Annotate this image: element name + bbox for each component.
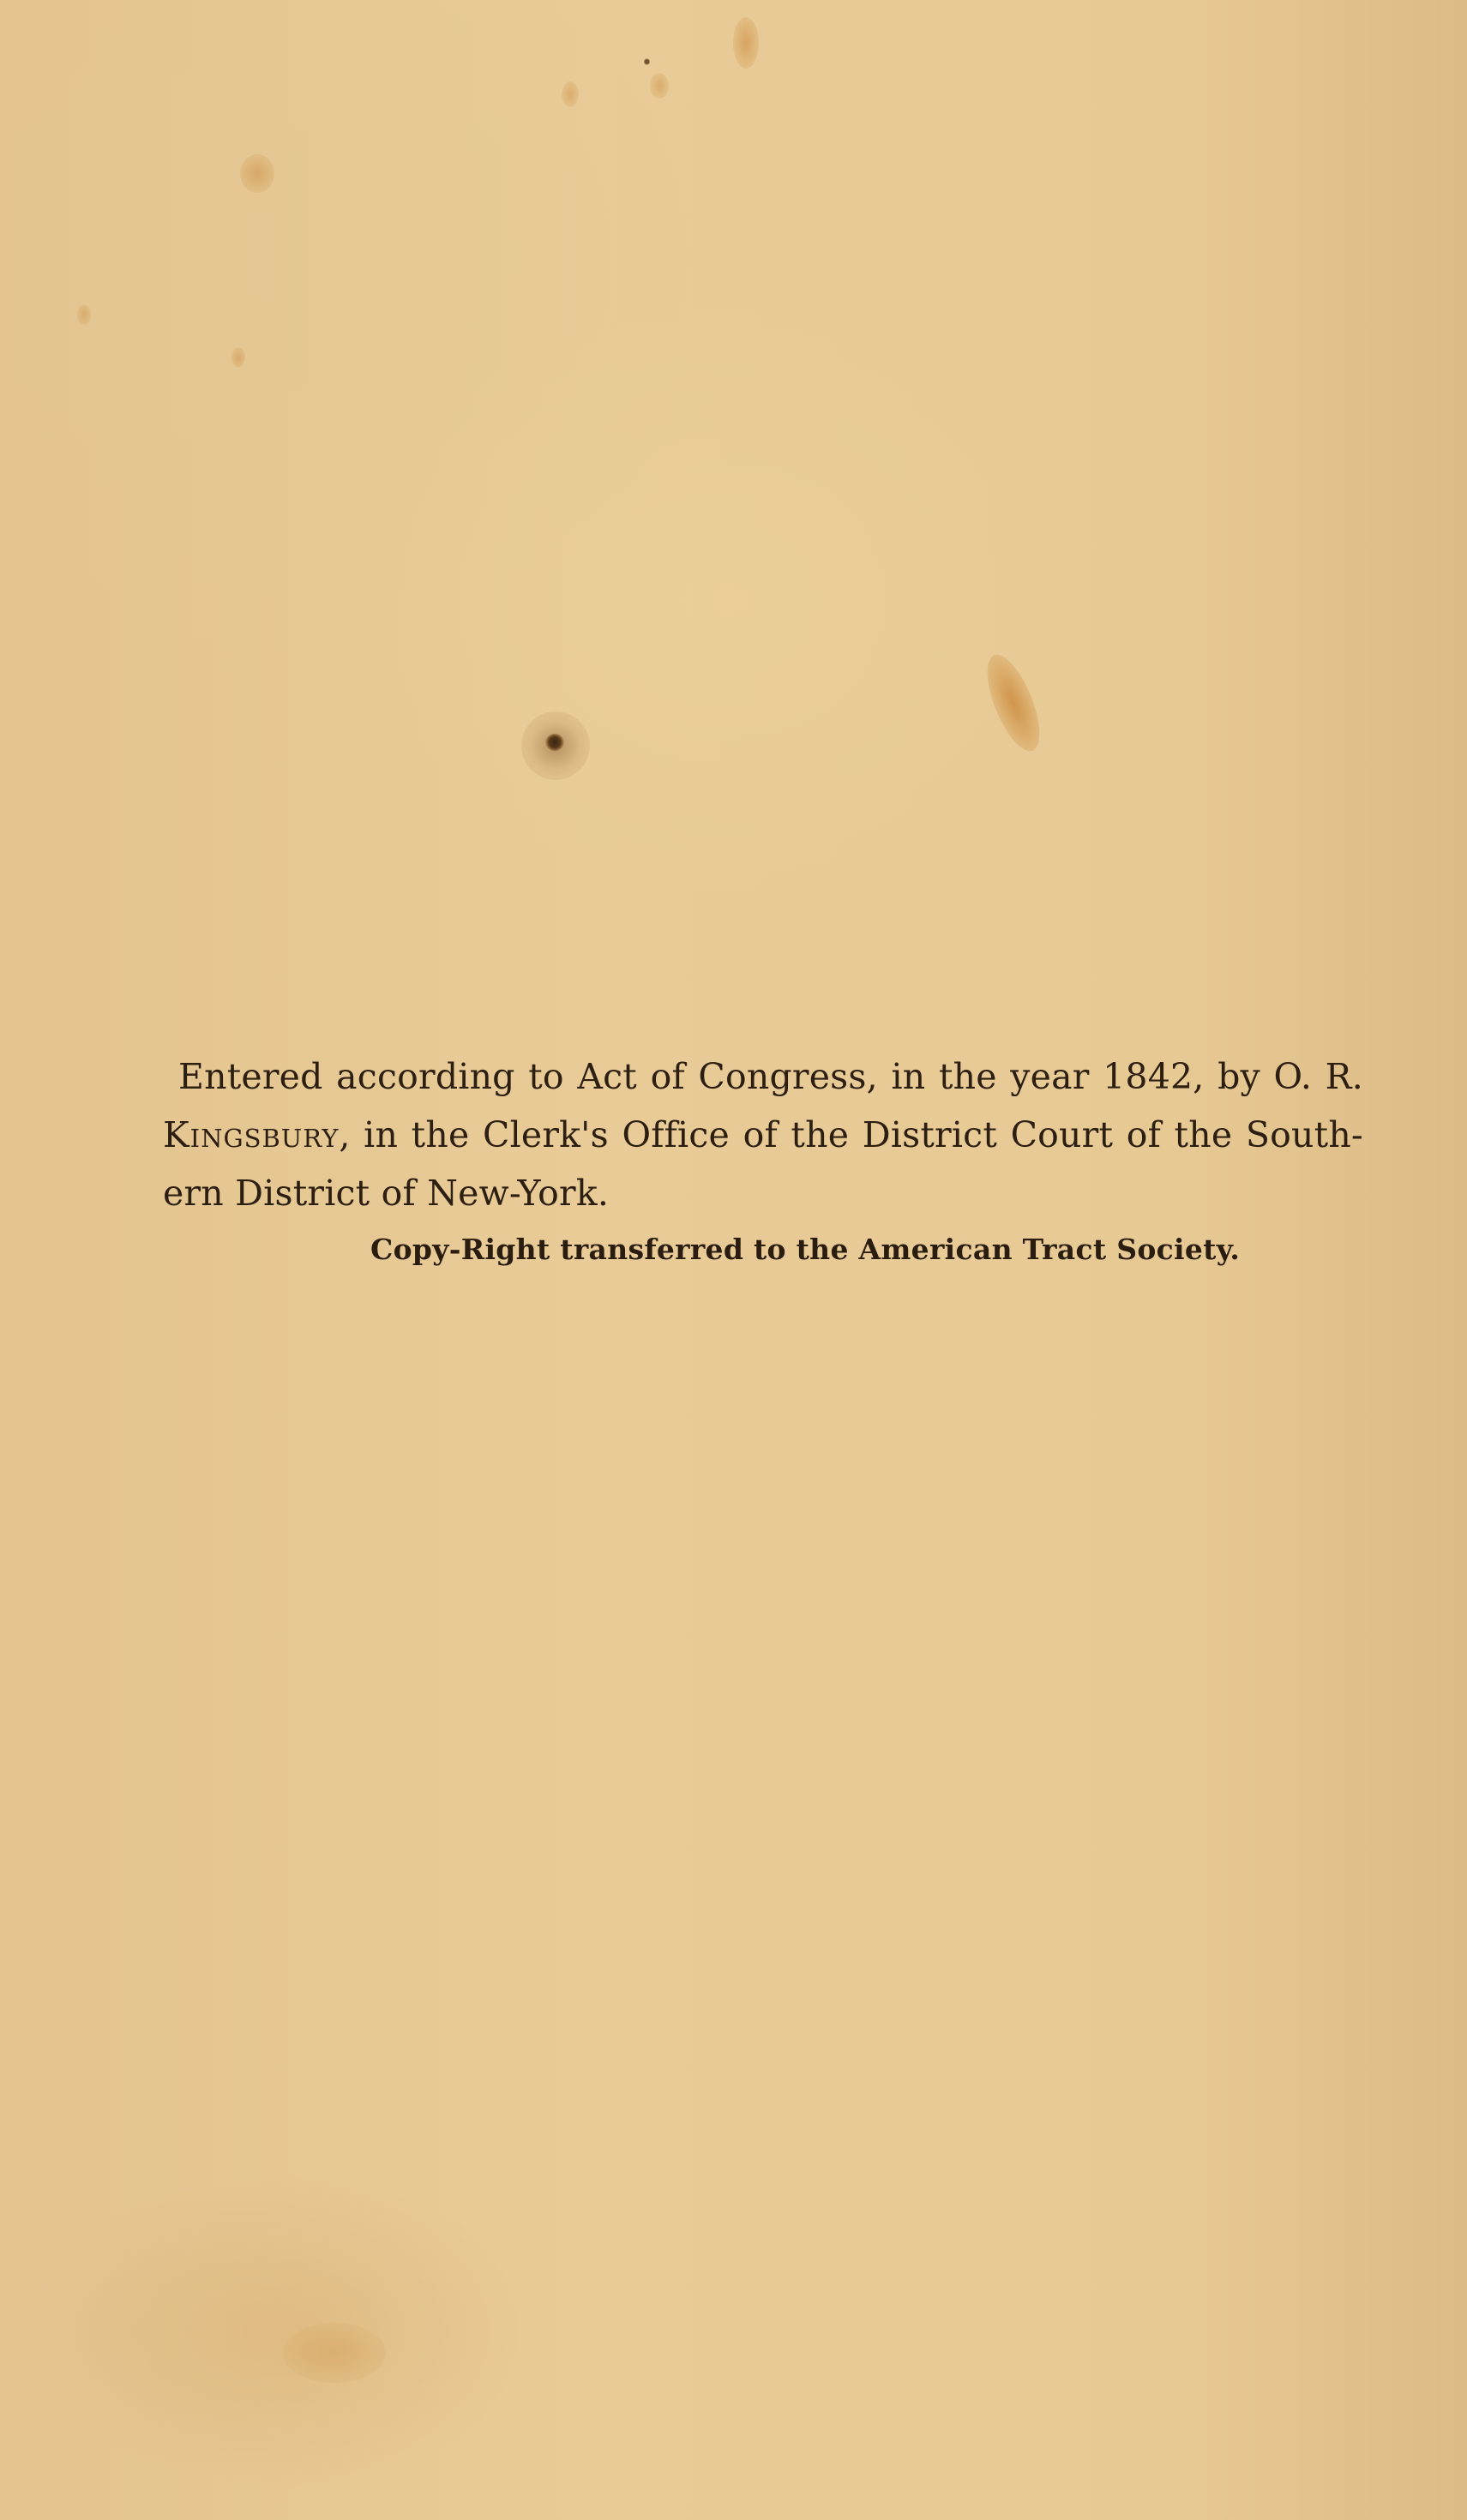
copyright-text-block: Entered according to Act of Congress, in… bbox=[163, 1047, 1363, 1272]
copyright-transfer-note: Copy-Right transferred to the American T… bbox=[163, 1227, 1363, 1272]
foxing-spot bbox=[733, 17, 759, 69]
speck bbox=[644, 58, 650, 65]
foxing-spot bbox=[240, 154, 274, 193]
foxing-spot bbox=[650, 73, 669, 99]
foxing-spot bbox=[562, 81, 579, 107]
ink-blot bbox=[545, 734, 564, 751]
author-name-smallcaps: Kingsbury bbox=[163, 1114, 339, 1155]
rust-streak-stain bbox=[977, 648, 1050, 758]
foxing-spot bbox=[283, 2323, 386, 2383]
scanned-page: Entered according to Act of Congress, in… bbox=[0, 0, 1467, 2520]
copyright-line-2: , in the Clerk's Office of the District … bbox=[339, 1114, 1363, 1155]
foxing-spot bbox=[77, 304, 91, 325]
copyright-notice: Entered according to Act of Congress, in… bbox=[163, 1047, 1363, 1222]
copyright-line-3: ern District of New-York. bbox=[163, 1173, 609, 1214]
foxing-spot bbox=[231, 347, 245, 368]
copyright-line-1: Entered according to Act of Congress, in… bbox=[178, 1056, 1363, 1097]
ink-blot-halo bbox=[521, 711, 590, 780]
